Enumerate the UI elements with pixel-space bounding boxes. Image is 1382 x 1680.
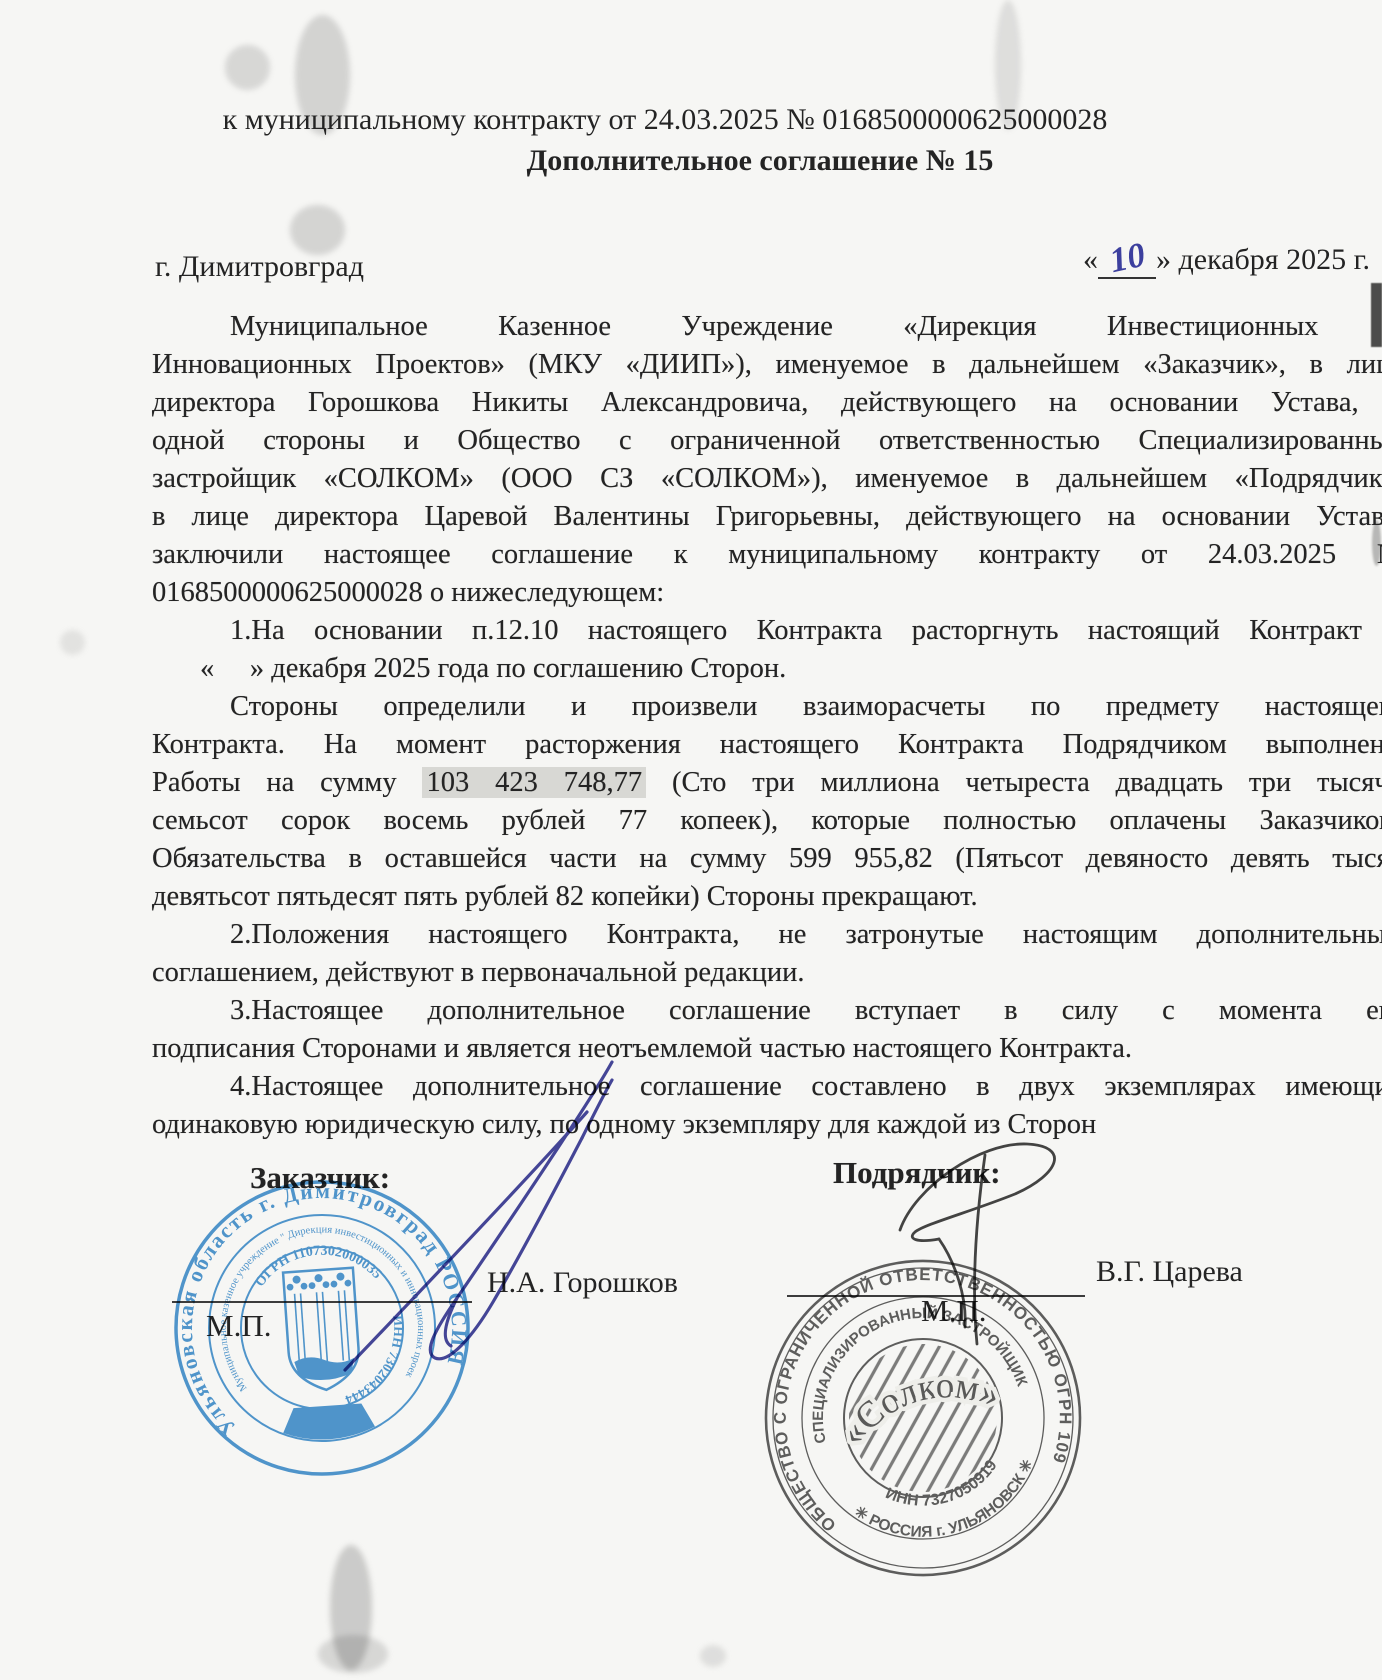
scan-noise (318, 1635, 388, 1673)
contract-amount-highlighted: 103 423 748,77 (422, 767, 646, 798)
body-line: Стороны определили и произвели взаиморас… (152, 688, 1382, 726)
body-line: 3.Настоящее дополнительное соглашение вс… (152, 992, 1382, 1030)
agreement-body: Муниципальное Казенное Учреждение «Дирек… (152, 308, 1382, 1144)
body-line: девятьсот пятьдесят пять рублей 82 копей… (152, 878, 1382, 916)
scanned-document-page: к муниципальному контракту от 24.03.2025… (0, 0, 1382, 1680)
handwritten-day: 10 (1107, 241, 1147, 276)
date-tail: » декабря 2025 г. (1156, 243, 1370, 276)
body-line: соглашением, действуют в первоначальной … (152, 954, 1382, 992)
body-line: Обязательства в оставшейся части на сумм… (152, 840, 1382, 878)
body-line: директора Горошкова Никиты Александрович… (152, 384, 1382, 422)
contractor-signature (855, 1112, 1135, 1382)
city-label: г. Димитровград (155, 250, 364, 284)
scan-noise (60, 630, 85, 655)
contract-reference: к муниципальному контракту от 24.03.2025… (0, 103, 1330, 137)
body-line: заключили настоящее соглашение к муницип… (152, 536, 1382, 574)
amount-prefix: Работы на сумму (152, 767, 422, 798)
body-line: « » декабря 2025 года по соглашению Стор… (152, 650, 1382, 688)
body-line: в лице директора Царевой Валентины Григо… (152, 498, 1382, 536)
body-line: Муниципальное Казенное Учреждение «Дирек… (152, 308, 1382, 346)
body-line: Контракта. На момент расторжения настоящ… (152, 726, 1382, 764)
scan-noise (700, 1645, 726, 1667)
body-line: 1.На основании п.12.10 настоящего Контра… (152, 612, 1382, 650)
body-line: семьсот сорок восемь рублей 77 копеек), … (152, 802, 1382, 840)
body-line: Инновационных Проектов» (МКУ «ДИИП»), им… (152, 346, 1382, 384)
customer-signature (295, 1040, 625, 1380)
date-open-quote: « (1083, 243, 1098, 276)
body-line: 0168500000625000028 о нижеследующем: (152, 574, 1382, 612)
body-line-with-amount: Работы на сумму 103 423 748,77 (Сто три … (152, 764, 1382, 802)
body-line: одной стороны и Общество с ограниченной … (152, 422, 1382, 460)
body-line: застройщик «СОЛКОМ» (ООО СЗ «СОЛКОМ»), и… (152, 460, 1382, 498)
body-line: 2.Положения настоящего Контракта, не зат… (152, 916, 1382, 954)
agreement-title: Дополнительное соглашение № 15 (140, 144, 1380, 178)
scan-noise (225, 45, 270, 90)
agreement-date: «10» декабря 2025 г. (1083, 243, 1382, 279)
date-blank-line: 10 (1098, 243, 1156, 279)
scan-noise (290, 205, 345, 255)
amount-suffix: (Сто три миллиона четыреста двадцать три… (646, 767, 1382, 798)
